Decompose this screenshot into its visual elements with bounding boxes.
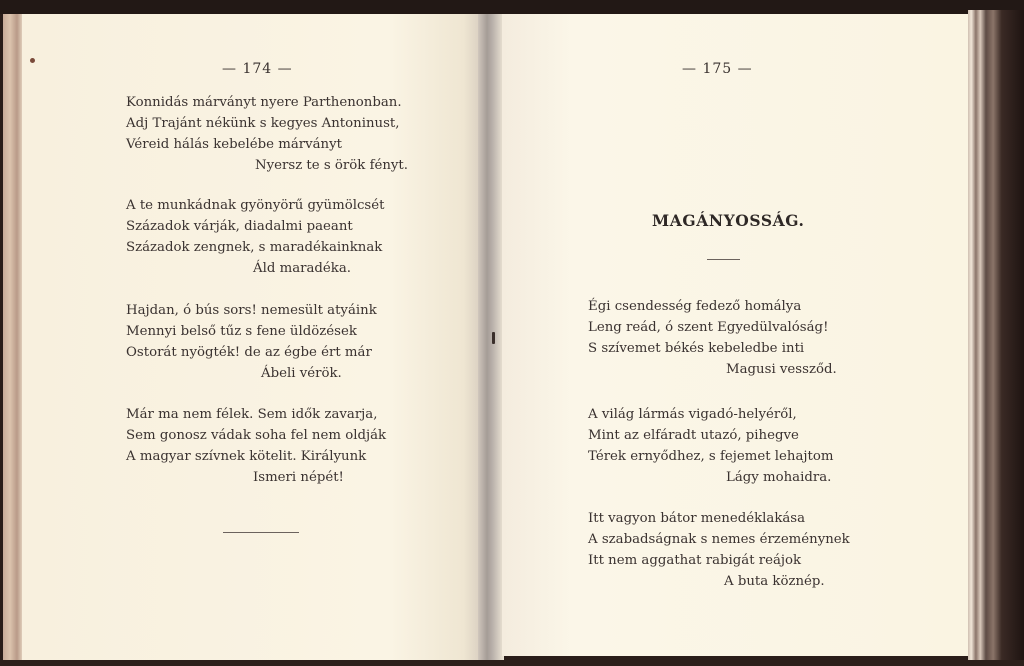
verse-line: A te munkádnak gyönyörű gyümölcsét xyxy=(126,195,384,216)
stanza-1: Égi csendesség fedező homálya Leng reád,… xyxy=(588,296,837,380)
verse-line: Térek ernyődhez, s fejemet lehajtom xyxy=(588,446,834,467)
verse-line: Égi csendesség fedező homálya xyxy=(588,296,837,317)
verse-line: Ostorát nyögték! de az égbe ért már xyxy=(126,342,377,363)
verse-line: A magyar szívnek kötelit. Királyunk xyxy=(126,446,386,467)
verse-line: A világ lármás vigadó-helyéről, xyxy=(588,404,834,425)
right-page: — 175 — MAGÁNYOSSÁG. Égi csendesség fede… xyxy=(502,14,970,656)
verse-line: Századok várják, diadalmi paeant xyxy=(126,216,384,237)
book-gutter xyxy=(478,14,504,662)
verse-line: Itt nem aggathat rabigát reájok xyxy=(588,550,850,571)
verse-line: S szívemet békés kebeledbe inti xyxy=(588,338,837,359)
verse-line: Itt vagyon bátor menedéklakása xyxy=(588,508,850,529)
stanza-4: Már ma nem félek. Sem idők zavarja, Sem … xyxy=(126,404,386,488)
ink-spot xyxy=(30,58,35,63)
verse-line: Mint az elfáradt utazó, pihegve xyxy=(588,425,834,446)
verse-line: Adj Trajánt nékünk s kegyes Antoninust, xyxy=(126,113,408,134)
verse-line: A szabadságnak s nemes érzeménynek xyxy=(588,529,850,550)
stanza-1: Konnidás márványt nyere Parthenonban. Ad… xyxy=(126,92,408,176)
verse-line-indented: Lágy mohaidra. xyxy=(588,467,834,488)
book-right-edge xyxy=(968,10,1024,666)
verse-line: Véreid hálás kebelébe márványt xyxy=(126,134,408,155)
verse-line-indented: Ábeli vérök. xyxy=(126,363,377,384)
book-left-edge xyxy=(3,14,23,660)
poem-title: MAGÁNYOSSÁG. xyxy=(652,211,805,230)
stanza-2: A világ lármás vigadó-helyéről, Mint az … xyxy=(588,404,834,488)
stanza-3: Hajdan, ó bús sors! nemesült atyáink Men… xyxy=(126,300,377,384)
stanza-2: A te munkádnak gyönyörű gyümölcsét Száza… xyxy=(126,195,384,279)
verse-line: Hajdan, ó bús sors! nemesült atyáink xyxy=(126,300,377,321)
verse-line: Mennyi belső tűz s fene üldözések xyxy=(126,321,377,342)
verse-line-indented: Áld maradéka. xyxy=(126,258,384,279)
verse-line: Már ma nem félek. Sem idők zavarja, xyxy=(126,404,386,425)
stanza-3: Itt vagyon bátor menedéklakása A szabads… xyxy=(588,508,850,592)
left-page: — 174 — Konnidás márványt nyere Partheno… xyxy=(22,14,482,662)
title-rule xyxy=(707,259,740,260)
verse-line: Századok zengnek, s maradékainknak xyxy=(126,237,384,258)
page-number-left: — 174 — xyxy=(222,61,293,77)
page-number-right: — 175 — xyxy=(682,61,753,77)
verse-line: Konnidás márványt nyere Parthenonban. xyxy=(126,92,408,113)
verse-line-indented: Nyersz te s örök fényt. xyxy=(126,155,408,176)
binding-stitch xyxy=(492,332,495,344)
end-rule xyxy=(223,532,299,533)
verse-line-indented: Magusi vessződ. xyxy=(588,359,837,380)
verse-line-indented: Ismeri népét! xyxy=(126,467,386,488)
verse-line: Leng reád, ó szent Egyedülvalóság! xyxy=(588,317,837,338)
background-bottom xyxy=(0,660,1024,666)
background-top xyxy=(0,0,1024,14)
verse-line: Sem gonosz vádak soha fel nem oldják xyxy=(126,425,386,446)
verse-line-indented: A buta köznép. xyxy=(588,571,850,592)
